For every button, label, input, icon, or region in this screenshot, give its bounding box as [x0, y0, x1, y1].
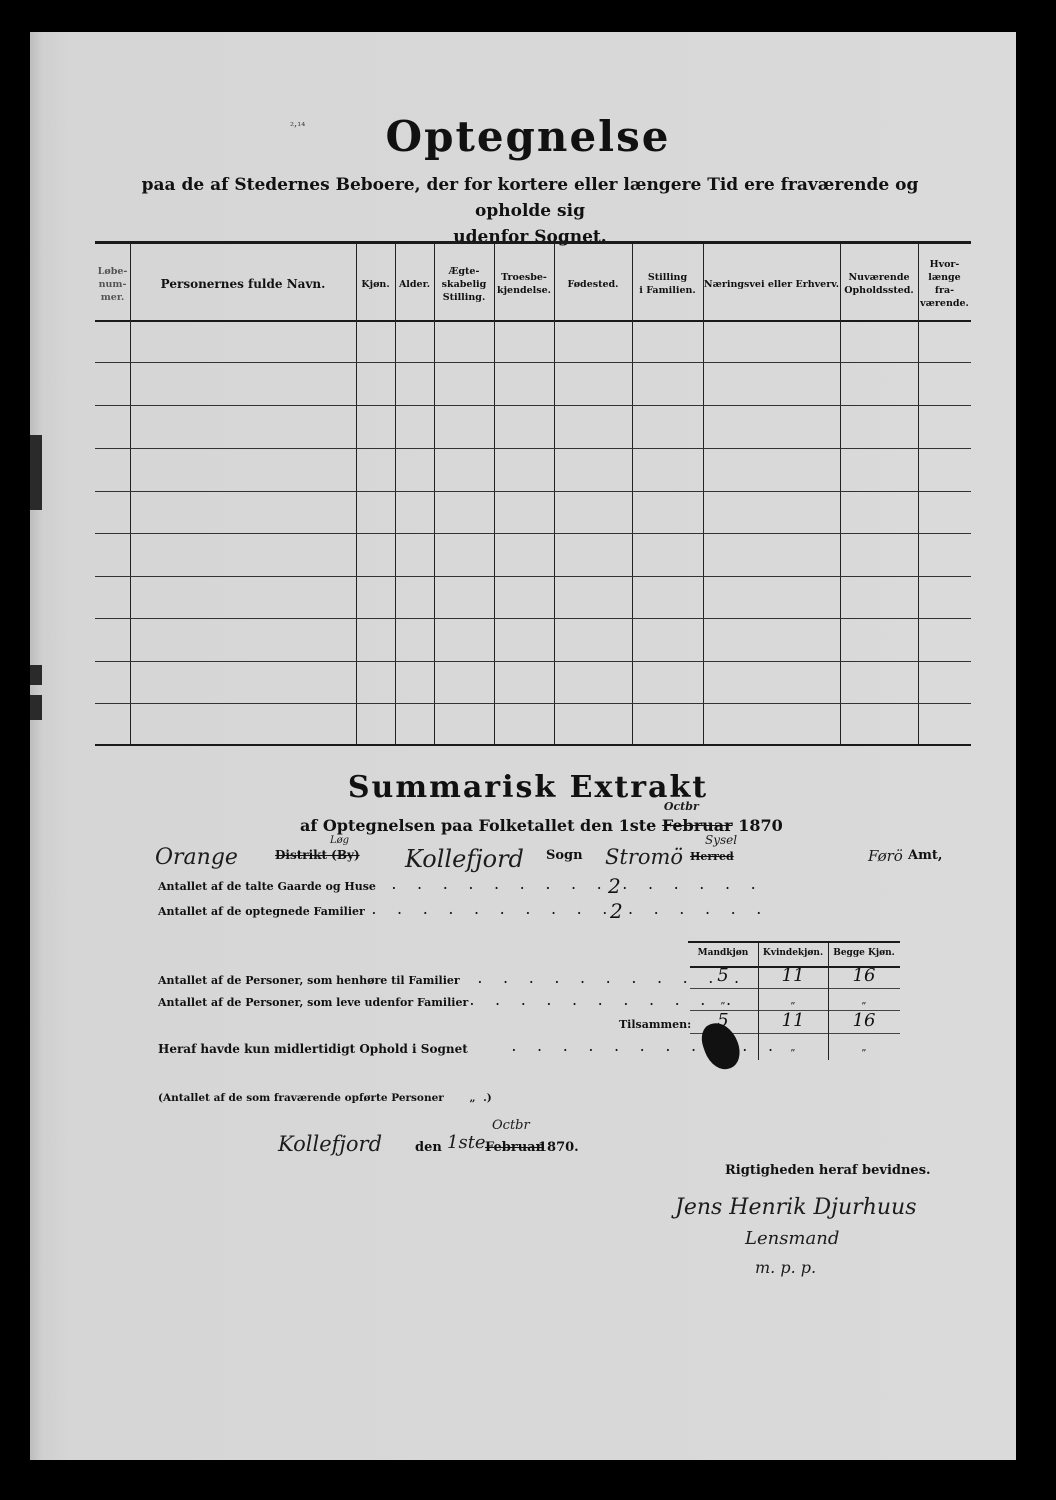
summary-row-rule — [690, 988, 900, 989]
dot-leader: . . . . . . . . . . . — [512, 1041, 781, 1054]
binding-mark — [30, 435, 42, 510]
signature-name: Jens Henrik Djurhuus — [675, 1195, 916, 1220]
binding-mark — [30, 665, 42, 685]
amt-label: Amt, — [908, 848, 942, 863]
family-persons-both: 16 — [828, 965, 900, 986]
date-day-handwritten: 1ste — [447, 1132, 486, 1153]
temporary-residents-female: „ — [758, 1042, 828, 1053]
table-row — [95, 533, 971, 534]
family-persons-female: 11 — [758, 965, 828, 986]
document-title: Optegnelse — [0, 112, 1056, 161]
summary-table-top-rule — [688, 941, 900, 943]
column-header-family-position: Stilling i Familien. — [632, 248, 703, 320]
non-family-persons-male: „ — [688, 995, 758, 1006]
date-prefix: den — [415, 1140, 442, 1155]
total-both: 16 — [828, 1010, 900, 1031]
parish-handwritten: Kollefjord — [405, 845, 524, 873]
column-header-number: Løbe- num- mer. — [95, 248, 130, 320]
herred-label: Herred — [690, 850, 734, 863]
dot-leader: . . . . . . . . . . . . . . . — [392, 879, 764, 892]
families-count-value: 2 — [610, 899, 623, 923]
table-row — [95, 448, 971, 449]
families-count-label: Antallet af de optegnede Familier — [158, 905, 365, 918]
subtitle-line-2: udenfor Sognet. — [110, 224, 950, 250]
column-header-marital-status: Ægte- skabelig Stilling. — [434, 248, 494, 320]
subtitle-line-1: paa de af Stedernes Beboere, der for kor… — [110, 172, 950, 224]
header-both: Begge Kjøn. — [828, 948, 900, 958]
column-header-religion: Troesbe- kjendelse. — [494, 248, 554, 320]
month-handwritten: Octbr — [664, 800, 699, 813]
temporary-residents-label: Heraf havde kun midlertidigt Ophold i So… — [158, 1042, 468, 1056]
amt-handwritten: Førö — [868, 847, 903, 865]
column-header-age: Alder. — [395, 248, 434, 320]
header-male: Mandkjøn — [688, 948, 758, 958]
column-header-birthplace: Fødested. — [554, 248, 632, 320]
signature-suffix: m. p. p. — [755, 1258, 816, 1277]
district-label: Distrikt (By) — [275, 848, 360, 862]
dot-leader: . . . . . . . . . . . . . . . . — [372, 904, 770, 917]
table-row — [95, 703, 971, 704]
absent-persons-note: (Antallet af de som fraværende opførte P… — [158, 1092, 492, 1104]
district-label-above: Løg — [330, 835, 349, 846]
table-bottom-rule — [95, 744, 971, 746]
summary-title: Summarisk Extrakt — [0, 770, 1056, 805]
certification-text: Rigtigheden heraf bevidnes. — [725, 1163, 931, 1178]
header-female: Kvindekjøn. — [758, 948, 828, 958]
document-subtitle: paa de af Stedernes Beboere, der for kor… — [110, 172, 950, 250]
family-persons-label: Antallet af de Personer, som henhøre til… — [158, 974, 460, 987]
table-row — [95, 491, 971, 492]
non-family-persons-label: Antallet af de Personer, som leve udenfo… — [158, 996, 468, 1009]
non-family-persons-female: „ — [758, 995, 828, 1006]
column-header-sex: Kjøn. — [356, 248, 395, 320]
total-female: 11 — [758, 1010, 828, 1031]
non-family-persons-both: „ — [828, 995, 900, 1006]
family-persons-male: 5 — [688, 965, 758, 986]
date-year: 1870. — [538, 1140, 579, 1155]
date-month-handwritten: Octbr — [492, 1118, 530, 1133]
date-month-printed-struck: Februar — [485, 1140, 542, 1155]
column-header-current-residence: Nuværende Opholdssted. — [840, 248, 918, 320]
houses-count-label: Antallet af de talte Gaarde og Huse — [158, 880, 376, 893]
column-header-occupation: Næringsvei eller Erhverv. — [703, 248, 840, 320]
table-row — [95, 405, 971, 406]
herred-label-above: Sysel — [705, 833, 737, 847]
signature-title: Lensmand — [745, 1228, 839, 1249]
parish-label: Sogn — [546, 848, 583, 863]
district-handwritten: Orange — [155, 845, 238, 870]
herred-handwritten: Stromö — [605, 845, 683, 869]
column-header-full-name: Personernes fulde Navn. — [130, 248, 356, 320]
binding-mark — [30, 695, 42, 720]
houses-count-value: 2 — [608, 874, 621, 898]
table-row — [95, 618, 971, 619]
table-row — [95, 362, 971, 363]
temporary-residents-both: „ — [828, 1042, 900, 1053]
table-row — [95, 661, 971, 662]
place-handwritten: Kollefjord — [278, 1132, 382, 1156]
total-label: Tilsammen: — [619, 1018, 691, 1031]
column-header-absence-duration: Hvor- længe fra- værende. — [918, 248, 971, 320]
table-row — [95, 576, 971, 577]
